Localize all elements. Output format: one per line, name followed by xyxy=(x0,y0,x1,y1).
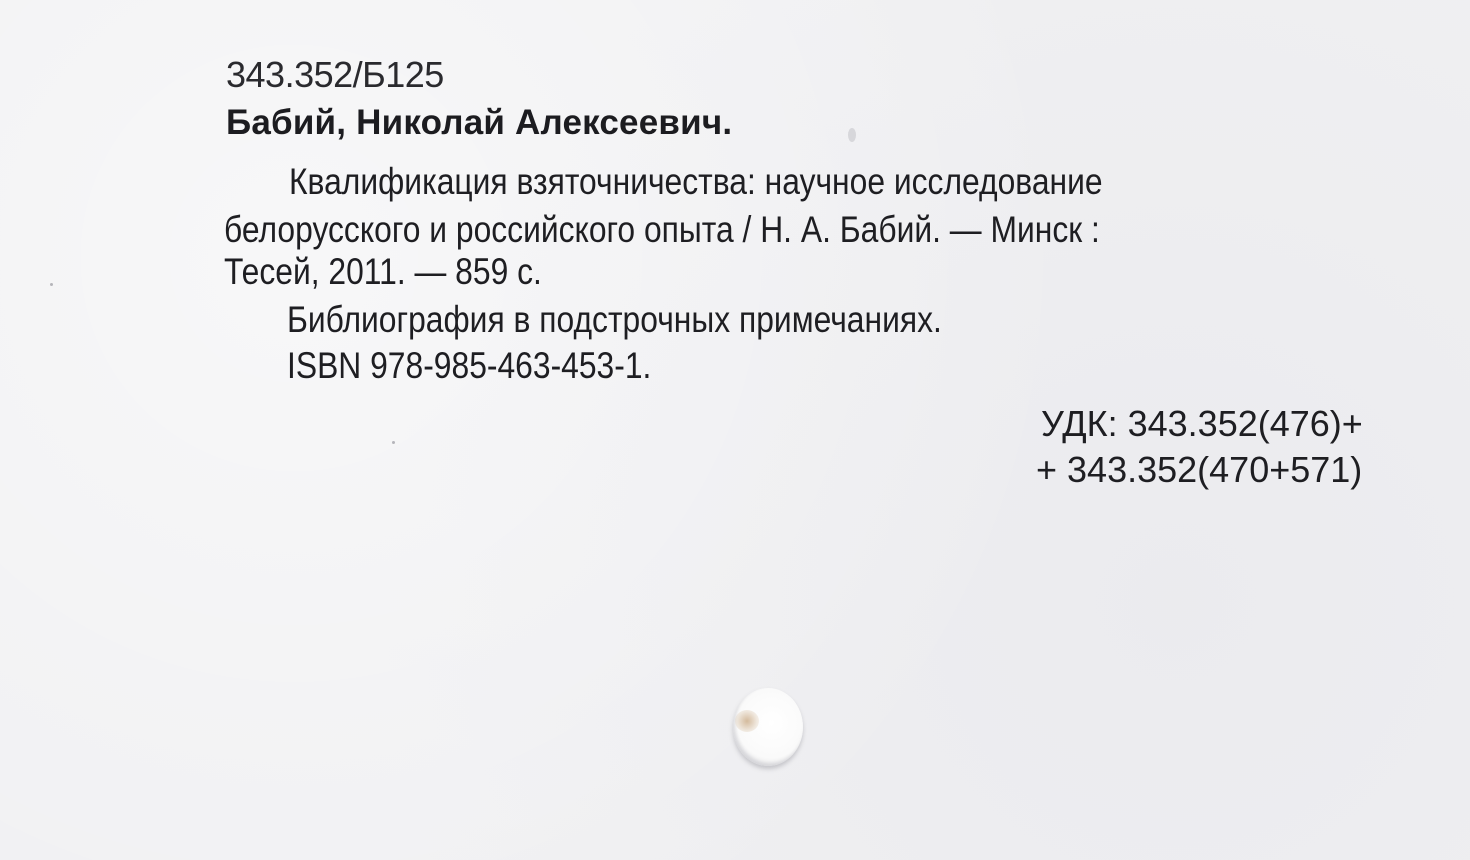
title-line-3: Тесей, 2011. — 859 с. xyxy=(224,253,542,290)
stain-mark xyxy=(735,710,759,732)
paper-speck xyxy=(50,283,53,286)
paper-speck xyxy=(848,128,856,142)
paper-speck xyxy=(392,441,395,444)
title-line-2: белорусского и российского опыта / Н. А.… xyxy=(224,211,1100,248)
bibliography-note: Библиография в подстрочных примечаниях. xyxy=(287,301,942,338)
call-number: 343.352/Б125 xyxy=(226,57,444,93)
isbn: ISBN 978-985-463-453-1. xyxy=(287,347,651,384)
udk-line-2: + 343.352(470+571) xyxy=(1036,452,1362,488)
title-line-1: Квалификация взяточничества: научное исс… xyxy=(289,163,1103,200)
author-heading: Бабий, Николай Алексеевич. xyxy=(226,105,732,140)
punch-hole xyxy=(733,688,803,766)
udk-line-1: УДК: 343.352(476)+ xyxy=(1041,406,1363,442)
catalog-card: 343.352/Б125 Бабий, Николай Алексеевич. … xyxy=(0,0,1470,860)
